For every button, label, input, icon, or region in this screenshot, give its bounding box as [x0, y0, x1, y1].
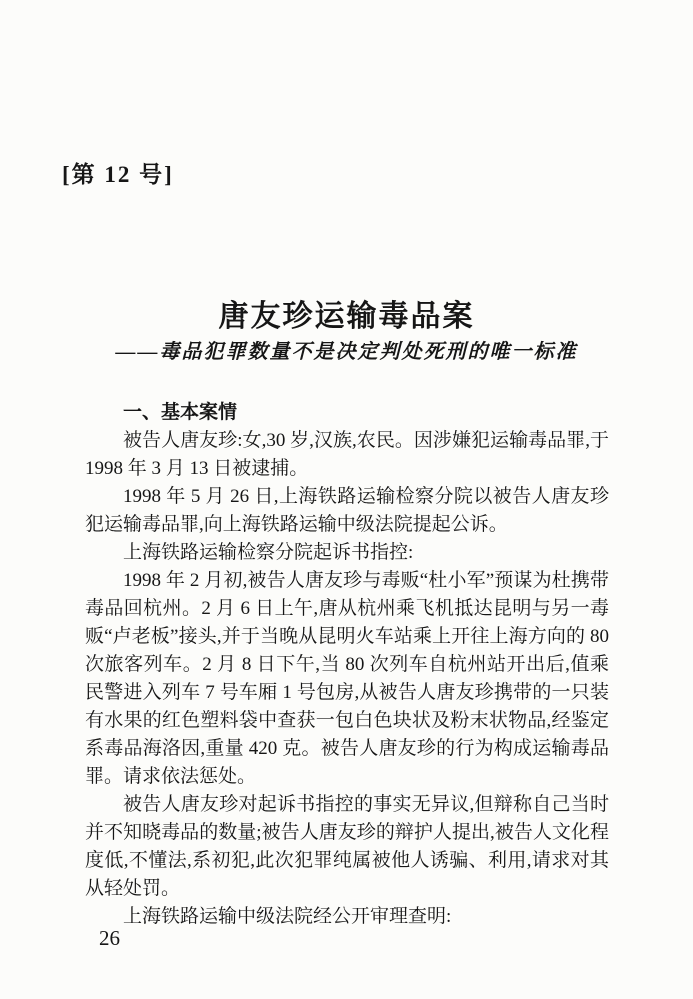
case-number: [第 12 号] [62, 156, 174, 189]
document-body: 一、基本案情 被告人唐友珍:女,30 岁,汉族,农民。因涉嫌犯运输毒品罪,于 1… [85, 399, 609, 931]
document-subtitle: ——毒品犯罪数量不是决定判处死刑的唯一标准 [0, 339, 693, 365]
paragraph-defendant-info: 被告人唐友珍:女,30 岁,汉族,农民。因涉嫌犯运输毒品罪,于 1998 年 3… [85, 427, 609, 483]
paragraph-court-findings-lead-in: 上海铁路运输中级法院经公开审理查明: [85, 903, 609, 931]
paragraph-defense-arguments: 被告人唐友珍对起诉书指控的事实无异议,但辩称自己当时并不知晓毒品的数量;被告人唐… [85, 791, 609, 903]
paragraph-prosecution-filing: 1998 年 5 月 26 日,上海铁路运输检察分院以被告人唐友珍犯运输毒品罪,… [85, 483, 609, 539]
page: [第 12 号] 唐友珍运输毒品案 ——毒品犯罪数量不是决定判处死刑的唯一标准 … [0, 0, 693, 999]
title-block: 唐友珍运输毒品案 ——毒品犯罪数量不是决定判处死刑的唯一标准 [0, 299, 693, 365]
document-title: 唐友珍运输毒品案 [0, 299, 693, 335]
page-number: 26 [99, 924, 120, 952]
paragraph-indictment-facts: 1998 年 2 月初,被告人唐友珍与毒贩“杜小军”预谋为杜携带毒品回杭州。2 … [85, 567, 609, 791]
paragraph-indictment-lead-in: 上海铁路运输检察分院起诉书指控: [85, 539, 609, 567]
section-heading: 一、基本案情 [85, 399, 609, 427]
